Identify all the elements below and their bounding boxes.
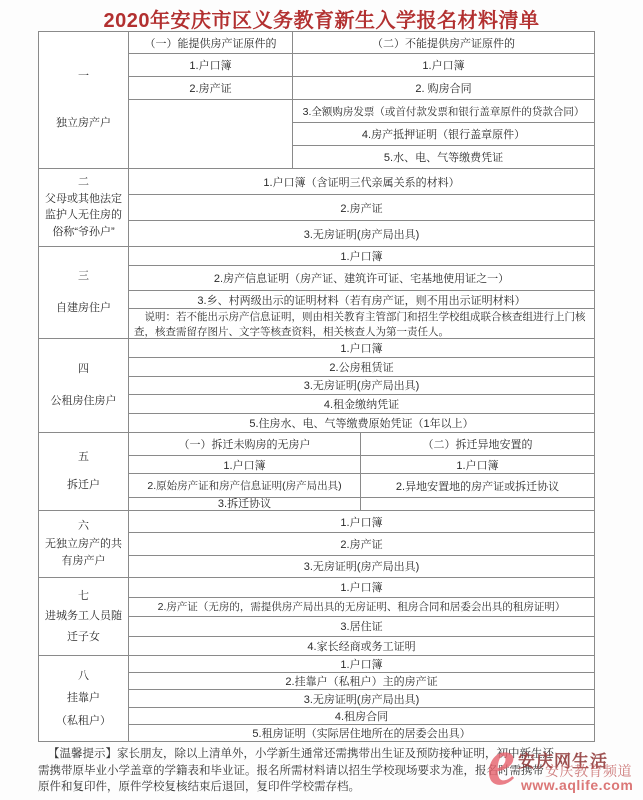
material-item: 1.户口簿 xyxy=(293,54,594,77)
material-item: 3.乡、村两级出示的证明材料（若有房产证，则不用出示证明材料） xyxy=(129,291,594,309)
material-item: 1.户口簿（含证明三代亲属关系的材料） xyxy=(129,169,594,195)
material-item: 4.家长经商或务工证明 xyxy=(129,637,594,656)
section-name-line: （私租户） xyxy=(56,715,111,728)
page-title: 2020年安庆市区义务教育新生入学报名材料清单 xyxy=(0,4,643,33)
material-item: 2.原始房产证和房产信息证明(房产局出具) xyxy=(129,474,360,498)
materials-table: 一 独立房产户 （一）能提供房产证原件的 1.户口簿 2.房产证 （二）不能提供… xyxy=(38,31,595,742)
column-header: （二）拆迁异地安置的 xyxy=(361,433,594,456)
material-item: 3.全额购房发票（或首付款发票和银行盖章原件的贷款合同） xyxy=(293,100,594,123)
section-label: 七 进城务工人员随 迁子女 xyxy=(39,578,129,655)
material-item: 2. 购房合同 xyxy=(293,77,594,100)
section-name: 自建房住户 xyxy=(56,302,111,315)
column-no-new-home: （一）拆迁未购房的无房户 1.户口簿 2.原始房产证和房产信息证明(房产局出具)… xyxy=(129,433,361,510)
empty-cell xyxy=(129,100,292,168)
material-item: 1.户口簿 xyxy=(129,656,594,673)
section-name-line: 迁子女 xyxy=(67,631,100,644)
section-number: 八 xyxy=(78,670,89,683)
section-migrant-worker-children: 七 进城务工人员随 迁子女 1.户口簿 2.房产证（无房的，需提供房产局出具的无… xyxy=(39,578,594,656)
material-item: 3.居住证 xyxy=(129,617,594,637)
section-label: 三 自建房住户 xyxy=(39,247,129,338)
section-relocated-household: 五 拆迁户 （一）拆迁未购房的无房户 1.户口簿 2.原始房产证和房产信息证明(… xyxy=(39,433,594,511)
section-label: 六 无独立房产的共 有房产户 xyxy=(39,511,129,577)
section-name: 公租房住房户 xyxy=(51,395,117,408)
material-item: 2.挂靠户（私租户）主的房产证 xyxy=(129,673,594,690)
section-label: 二 父母或其他法定 监护人无住房的 俗称“爷孙户” xyxy=(39,169,129,246)
section-public-rental: 四 公租房住房户 1.户口簿 2.公房租赁证 3.无房证明(房产局出具) 4.租… xyxy=(39,339,594,433)
material-item: 3.无房证明(房产局出具) xyxy=(129,690,594,707)
section-number: 三 xyxy=(78,270,89,283)
material-item: 1.户口簿 xyxy=(129,456,360,474)
material-item: 3.无房证明(房产局出具) xyxy=(129,221,594,246)
material-item: 2.公房租赁证 xyxy=(129,358,594,377)
section-label: 一 独立房产户 xyxy=(39,32,129,168)
section-label: 四 公租房住房户 xyxy=(39,339,129,432)
section-name-line: 进城务工人员随 xyxy=(45,610,122,623)
material-item: 1.户口簿 xyxy=(129,54,292,77)
section-name: 拆迁户 xyxy=(67,479,100,492)
material-item: 2.房产证 xyxy=(129,533,594,555)
column-header: （一）拆迁未购房的无房户 xyxy=(129,433,360,456)
material-item: 1.户口簿 xyxy=(129,339,594,358)
section-label: 五 拆迁户 xyxy=(39,433,129,510)
section-number: 六 xyxy=(78,520,89,533)
section-number: 五 xyxy=(78,451,89,464)
material-item: 2.房产证（无房的，需提供房产局出具的无房证明、租房合同和居委会出具的租房证明） xyxy=(129,598,594,618)
section-grandparent-household: 二 父母或其他法定 监护人无住房的 俗称“爷孙户” 1.户口簿（含证明三代亲属关… xyxy=(39,169,594,247)
material-item: 5.水、电、气等缴费凭证 xyxy=(293,146,594,168)
document-page: 2020年安庆市区义务教育新生入学报名材料清单 一 独立房产户 （一）能提供房产… xyxy=(0,0,643,800)
material-item: 3.无房证明(房产局出具) xyxy=(129,556,594,577)
column-header: （一）能提供房产证原件的 xyxy=(129,32,292,54)
material-item: 2.房产证 xyxy=(129,195,594,221)
material-item: 1.户口簿 xyxy=(129,578,594,598)
section-name: 独立房产户 xyxy=(56,117,111,130)
section-name-line: 父母或其他法定 xyxy=(45,193,122,206)
watermark-url-text: www.aqlife.com xyxy=(521,777,633,793)
section-label: 八 挂靠户 （私租户） xyxy=(39,656,129,741)
column-with-deed: （一）能提供房产证原件的 1.户口簿 2.房产证 xyxy=(129,32,293,168)
material-item: 1.户口簿 xyxy=(361,456,594,474)
material-item: 4.租金缴纳凭证 xyxy=(129,395,594,414)
section-attached-household: 八 挂靠户 （私租户） 1.户口簿 2.挂靠户（私租户）主的房产证 3.无房证明… xyxy=(39,656,594,741)
section-name-line: 有房产户 xyxy=(62,555,106,568)
material-item: 4.租房合同 xyxy=(129,708,594,725)
section-number: 七 xyxy=(78,590,89,603)
section-joint-property: 六 无独立房产的共 有房产户 1.户口簿 2.房产证 3.无房证明(房产局出具) xyxy=(39,511,594,578)
material-item: 2.房产信息证明（房产证、建筑许可证、宅基地使用证之一） xyxy=(129,266,594,291)
material-item: 5.住房水、电、气等缴费原始凭证（1年以上） xyxy=(129,414,594,432)
section-name-line: 无独立房产的共 xyxy=(45,538,122,551)
empty-cell xyxy=(361,498,594,510)
footer-line: 【温馨提示】家长朋友，除以上清单外，小学新生通常还需携带出生证及预防接种证明，初… xyxy=(38,746,600,763)
material-item: 1.户口簿 xyxy=(129,247,594,266)
section-number: 二 xyxy=(78,176,89,189)
column-without-deed: （二）不能提供房产证原件的 1.户口簿 2. 购房合同 3.全额购房发票（或首付… xyxy=(293,32,594,168)
column-resettled-elsewhere: （二）拆迁异地安置的 1.户口簿 2.异地安置地的房产证或拆迁协议 xyxy=(361,433,594,510)
section-number: 四 xyxy=(78,363,89,376)
section-note: 说明：若不能出示房产信息证明，则由相关教育主管部门和招生学校组成联合核查组进行上… xyxy=(129,309,594,340)
section-number: 一 xyxy=(78,70,89,83)
material-item: 5.租房证明（实际居住地所在的居委会出具） xyxy=(129,725,594,741)
material-item: 4.房产抵押证明（银行盖章原件） xyxy=(293,123,594,146)
material-item: 3.无房证明(房产局出具) xyxy=(129,377,594,396)
section-name-line: 挂靠户 xyxy=(67,692,100,705)
material-item: 2.房产证 xyxy=(129,77,292,100)
column-header: （二）不能提供房产证原件的 xyxy=(293,32,594,54)
section-self-built-house: 三 自建房住户 1.户口簿 2.房产信息证明（房产证、建筑许可证、宅基地使用证之… xyxy=(39,247,594,339)
material-item: 3.拆迁协议 xyxy=(129,498,360,510)
section-name-line: 俗称“爷孙户” xyxy=(52,226,114,239)
section-independent-property: 一 独立房产户 （一）能提供房产证原件的 1.户口簿 2.房产证 （二）不能提供… xyxy=(39,32,594,169)
material-item: 2.异地安置地的房产证或拆迁协议 xyxy=(361,474,594,498)
section-name-line: 监护人无住房的 xyxy=(45,209,122,222)
material-item: 1.户口簿 xyxy=(129,511,594,533)
